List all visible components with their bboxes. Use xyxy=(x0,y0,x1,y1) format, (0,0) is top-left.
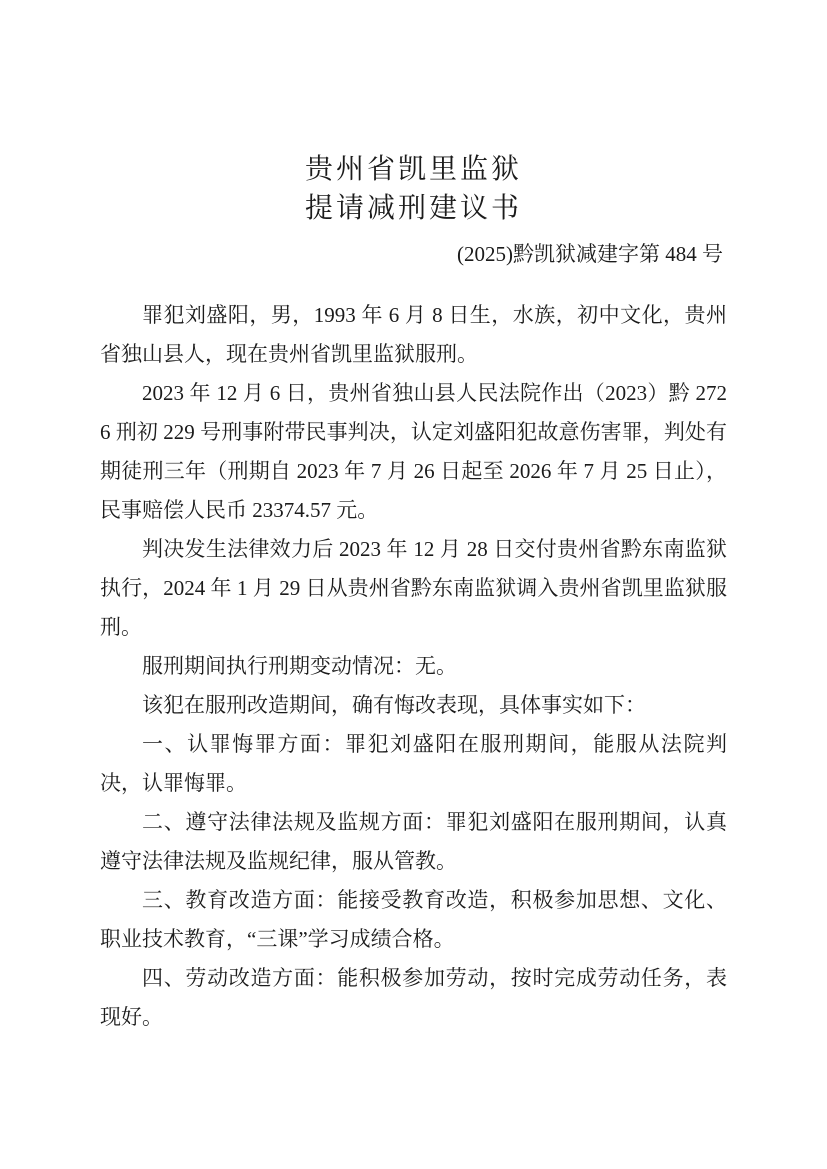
document-page: 贵州省凯里监狱 提请减刑建议书 (2025)黔凯狱减建字第 484 号 罪犯刘盛… xyxy=(0,0,827,1169)
document-number: (2025)黔凯狱减建字第 484 号 xyxy=(100,240,727,268)
document-title-line1: 贵州省凯里监狱 xyxy=(100,150,727,189)
paragraph-transfer: 判决发生法律效力后 2023 年 12 月 28 日交付贵州省黔东南监狱执行，2… xyxy=(100,530,727,647)
paragraph-judgment: 2023 年 12 月 6 日，贵州省独山县人民法院作出（2023）黔 2726… xyxy=(100,374,727,530)
paragraph-item-2-rule-compliance: 二、遵守法律法规及监规方面：罪犯刘盛阳在服刑期间，认真遵守法律法规及监规纪律，服… xyxy=(100,803,727,881)
paragraph-term-change: 服刑期间执行刑期变动情况：无。 xyxy=(100,647,727,686)
paragraph-item-4-labor: 四、劳动改造方面：能积极参加劳动，按时完成劳动任务，表现好。 xyxy=(100,959,727,1037)
paragraph-repentance-intro: 该犯在服刑改造期间，确有悔改表现，具体事实如下： xyxy=(100,686,727,725)
document-body: 罪犯刘盛阳，男，1993 年 6 月 8 日生，水族，初中文化，贵州省独山县人，… xyxy=(100,296,727,1037)
paragraph-item-1-guilt-admission: 一、认罪悔罪方面：罪犯刘盛阳在服刑期间，能服从法院判决，认罪悔罪。 xyxy=(100,725,727,803)
paragraph-item-3-education: 三、教育改造方面：能接受教育改造，积极参加思想、文化、职业技术教育，“三课”学习… xyxy=(100,881,727,959)
document-title-line2: 提请减刑建议书 xyxy=(100,189,727,228)
paragraph-inmate-info: 罪犯刘盛阳，男，1993 年 6 月 8 日生，水族，初中文化，贵州省独山县人，… xyxy=(100,296,727,374)
